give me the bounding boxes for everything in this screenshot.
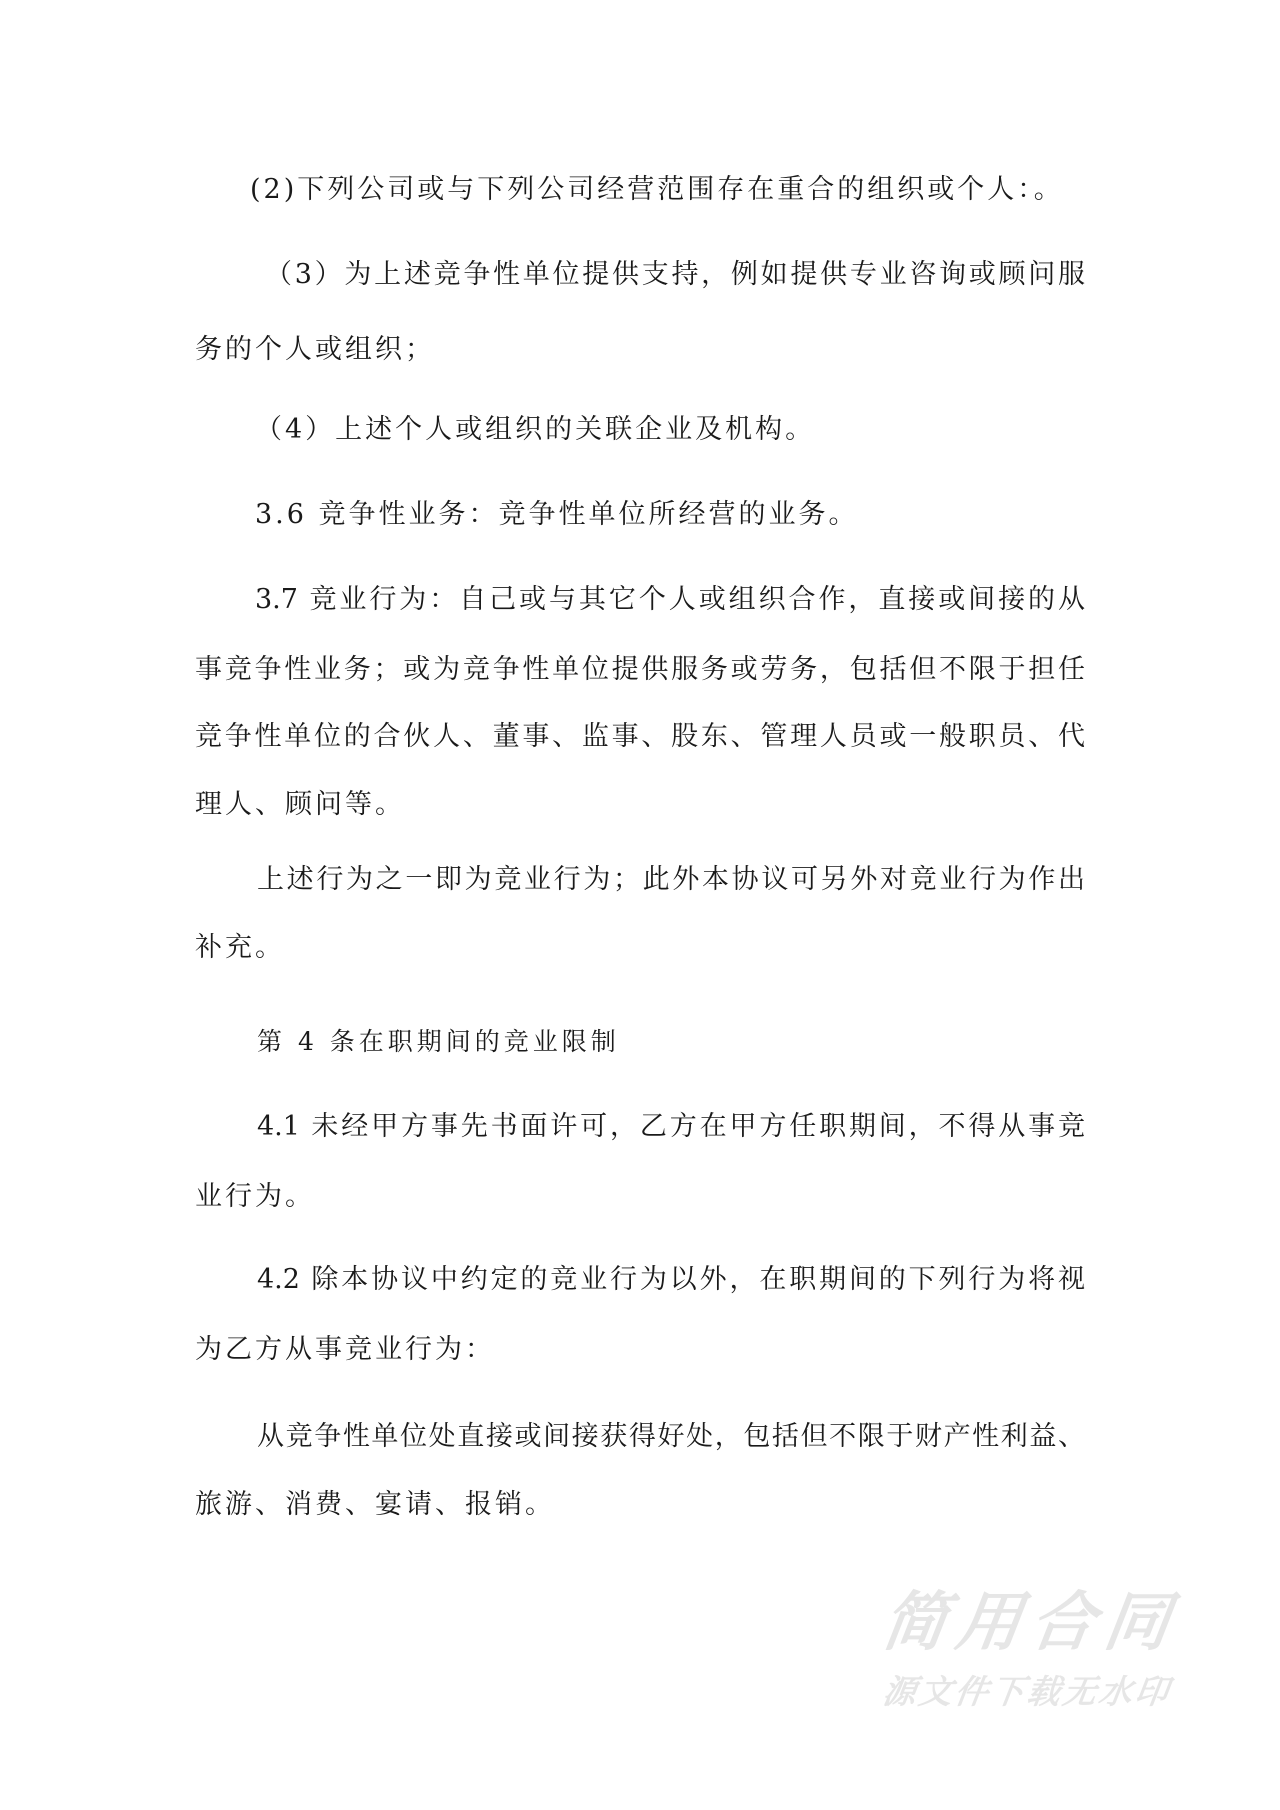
watermark-brand: 简用合同 [878,1590,1183,1656]
clause-4-2-line-2: 为乙方从事竞业行为： [195,1333,495,1367]
document-page: (2)下列公司或与下列公司经营范围存在重合的组织或个人：。 （3）为上述竞争性单… [0,0,1280,1810]
watermark-tagline: 源文件下载无水印 [880,1674,1173,1710]
clause-4-2-line-1: 4.2 除本协议中约定的竞业行为以外，在职期间的下列行为将视 [257,1263,1085,1297]
competition-summary-line-1: 上述行为之一即为竞业行为；此外本协议可另外对竞业行为作出 [257,863,1085,897]
clause-3-5-item-2: (2)下列公司或与下列公司经营范围存在重合的组织或个人：。 [250,173,1064,207]
clause-3-7-line-1: 3.7 竞业行为：自己或与其它个人或组织合作，直接或间接的从 [255,583,1085,617]
clause-3-5-item-3-line-2: 务的个人或组织； [195,333,435,367]
clause-4-1-line-2: 业行为。 [195,1180,315,1214]
clause-4-2-item-line-1: 从竞争性单位处直接或间接获得好处，包括但不限于财产性利益、 [257,1420,1085,1454]
clause-3-6: 3.6 竞争性业务：竞争性单位所经营的业务。 [255,498,859,532]
clause-4-2-item-line-2: 旅游、消费、宴请、报销。 [195,1488,555,1522]
clause-4-1-line-1: 4.1 未经甲方事先书面许可，乙方在甲方任职期间，不得从事竞 [257,1110,1085,1144]
article-4-heading: 第 4 条在职期间的竞业限制 [257,1025,620,1059]
clause-3-5-item-4: （4）上述个人或组织的关联企业及机构。 [255,413,815,447]
clause-3-5-item-3-line-1: （3）为上述竞争性单位提供支持，例如提供专业咨询或顾问服 [265,258,1085,292]
clause-3-7-line-3: 竞争性单位的合伙人、董事、监事、股东、管理人员或一般职员、代 [195,720,1085,754]
competition-summary-line-2: 补充。 [195,931,285,965]
clause-3-7-line-2: 事竞争性业务；或为竞争性单位提供服务或劳务，包括但不限于担任 [195,653,1085,687]
clause-3-7-line-4: 理人、顾问等。 [195,788,405,822]
